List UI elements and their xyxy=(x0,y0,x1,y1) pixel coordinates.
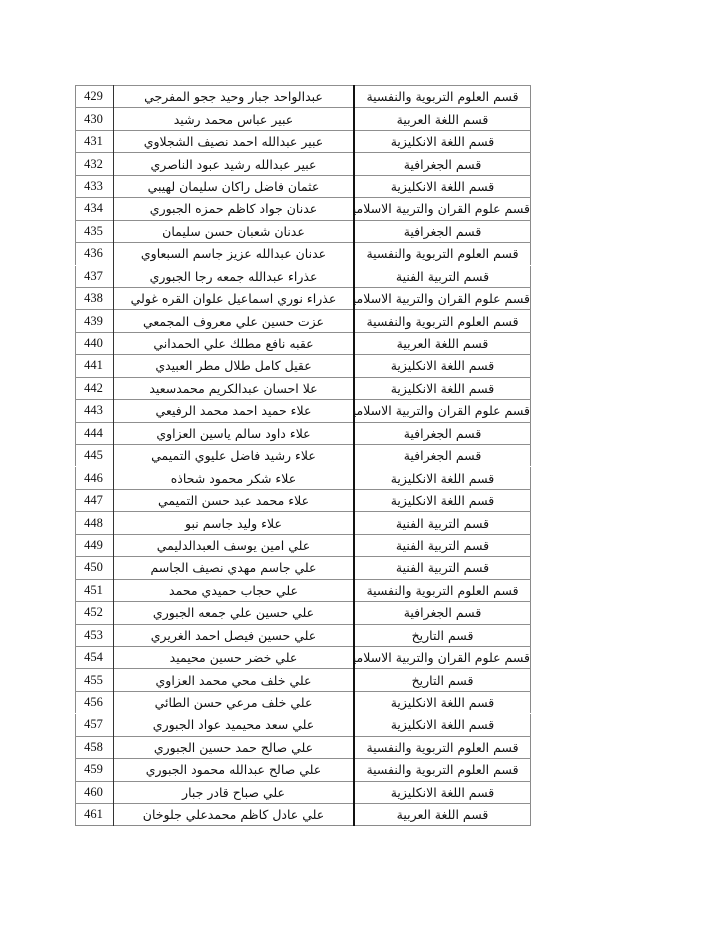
student-name: عذراء نوري اسماعيل علوان القره غولي xyxy=(114,287,355,309)
student-name: علاء رشيد فاضل عليوي التميمي xyxy=(114,445,355,467)
department: قسم العلوم التربوية والنفسية xyxy=(354,86,531,108)
student-name: عدنان جواد كاظم حمزه الجبوري xyxy=(114,198,355,220)
table-row: 460علي صباح قادر جبارقسم اللغة الانكليزي… xyxy=(76,781,531,803)
department: قسم اللغة العربية xyxy=(354,332,531,354)
table-row: 449علي امين يوسف العبدالدليميقسم التربية… xyxy=(76,534,531,556)
row-number: 435 xyxy=(76,220,114,242)
document-page: 429عبدالواحد جبار وحيد ججو المفرجيقسم ال… xyxy=(0,0,720,932)
row-number: 455 xyxy=(76,669,114,691)
table-row: 447علاء محمد عبد حسن التميميقسم اللغة ال… xyxy=(76,489,531,511)
table-row: 434عدنان جواد كاظم حمزه الجبوريقسم علوم … xyxy=(76,198,531,220)
table-row: 450علي جاسم مهدي نصيف الجاسمقسم التربية … xyxy=(76,557,531,579)
department: قسم التربية الفنية xyxy=(354,265,531,287)
department: قسم الجغرافية xyxy=(354,422,531,444)
student-name: علاء وليد جاسم نبو xyxy=(114,512,355,534)
student-roster-table: 429عبدالواحد جبار وحيد ججو المفرجيقسم ال… xyxy=(75,85,531,826)
department: قسم اللغة الانكليزية xyxy=(354,377,531,399)
table-row: 454علي خضر حسين محيميدقسم علوم القران وا… xyxy=(76,646,531,668)
row-number: 442 xyxy=(76,377,114,399)
department: قسم اللغة الانكليزية xyxy=(354,714,531,736)
row-number: 434 xyxy=(76,198,114,220)
table-row: 461علي عادل كاظم محمدعلي جلوخانقسم اللغة… xyxy=(76,804,531,826)
table-row: 442علا احسان عبدالكريم محمدسعيدقسم اللغة… xyxy=(76,377,531,399)
table-row: 437عذراء عبدالله جمعه رجا الجبوريقسم الت… xyxy=(76,265,531,287)
table-row: 453علي حسين فيصل احمد الغريريقسم التاريخ xyxy=(76,624,531,646)
student-name: عقيل كامل طلال مطر العبيدي xyxy=(114,355,355,377)
department: قسم التاريخ xyxy=(354,669,531,691)
table-row: 456علي خلف مرعي حسن الطائيقسم اللغة الان… xyxy=(76,691,531,713)
row-number: 448 xyxy=(76,512,114,534)
table-row: 452علي حسين علي جمعه الجبوريقسم الجغرافي… xyxy=(76,602,531,624)
department: قسم العلوم التربوية والنفسية xyxy=(354,579,531,601)
student-name: علي خلف مرعي حسن الطائي xyxy=(114,691,355,713)
department: قسم علوم القران والتربية الاسلامية xyxy=(354,198,531,220)
student-name: عدنان شعبان حسن سليمان xyxy=(114,220,355,242)
student-name: علي حسين علي جمعه الجبوري xyxy=(114,602,355,624)
row-number: 458 xyxy=(76,736,114,758)
row-number: 439 xyxy=(76,310,114,332)
student-name: علي خلف محي محمد العزاوي xyxy=(114,669,355,691)
table-row: 431عبير عبدالله احمد نصيف الشجلاويقسم ال… xyxy=(76,130,531,152)
row-number: 436 xyxy=(76,243,114,265)
table-row: 439عزت حسين علي معروف المجمعيقسم العلوم … xyxy=(76,310,531,332)
row-number: 449 xyxy=(76,534,114,556)
table-row: 443علاء حميد احمد محمد الرفيعيقسم علوم ا… xyxy=(76,400,531,422)
student-name: علي حجاب حميدي محمد xyxy=(114,579,355,601)
department: قسم اللغة الانكليزية xyxy=(354,355,531,377)
student-name: عزت حسين علي معروف المجمعي xyxy=(114,310,355,332)
table-row: 455علي خلف محي محمد العزاويقسم التاريخ xyxy=(76,669,531,691)
student-name: عبير عبدالله احمد نصيف الشجلاوي xyxy=(114,130,355,152)
student-name: عبدالواحد جبار وحيد ججو المفرجي xyxy=(114,86,355,108)
row-number: 460 xyxy=(76,781,114,803)
student-name: علاء حميد احمد محمد الرفيعي xyxy=(114,400,355,422)
table-row: 430عبير عباس محمد رشيدقسم اللغة العربية xyxy=(76,108,531,130)
row-number: 432 xyxy=(76,153,114,175)
row-number: 438 xyxy=(76,287,114,309)
department: قسم اللغة العربية xyxy=(354,108,531,130)
table-row: 445علاء رشيد فاضل عليوي التميميقسم الجغر… xyxy=(76,445,531,467)
table-row: 459علي صالح عبدالله محمود الجبوريقسم الع… xyxy=(76,759,531,781)
table-row: 448علاء وليد جاسم نبوقسم التربية الفنية xyxy=(76,512,531,534)
student-name: عبير عبدالله رشيد عبود الناصري xyxy=(114,153,355,175)
department: قسم اللغة العربية xyxy=(354,804,531,826)
department: قسم التربية الفنية xyxy=(354,557,531,579)
department: قسم اللغة الانكليزية xyxy=(354,467,531,489)
row-number: 450 xyxy=(76,557,114,579)
table-row: 438عذراء نوري اسماعيل علوان القره غوليقس… xyxy=(76,287,531,309)
row-number: 447 xyxy=(76,489,114,511)
student-name: علي امين يوسف العبدالدليمي xyxy=(114,534,355,556)
table-row: 451علي حجاب حميدي محمدقسم العلوم التربوي… xyxy=(76,579,531,601)
row-number: 433 xyxy=(76,175,114,197)
department: قسم الجغرافية xyxy=(354,445,531,467)
department: قسم اللغة الانكليزية xyxy=(354,175,531,197)
student-name: عدنان عبدالله عزيز جاسم السبعاوي xyxy=(114,243,355,265)
department: قسم العلوم التربوية والنفسية xyxy=(354,759,531,781)
table-row: 435عدنان شعبان حسن سليمانقسم الجغرافية xyxy=(76,220,531,242)
department: قسم الجغرافية xyxy=(354,602,531,624)
student-name: علي صالح حمد حسين الجبوري xyxy=(114,736,355,758)
table-row: 432عبير عبدالله رشيد عبود الناصريقسم الج… xyxy=(76,153,531,175)
student-name: علاء شكر محمود شحاذه xyxy=(114,467,355,489)
table-row: 433عثمان فاضل راكان سليمان لهيبيقسم اللغ… xyxy=(76,175,531,197)
row-number: 440 xyxy=(76,332,114,354)
student-name: علي جاسم مهدي نصيف الجاسم xyxy=(114,557,355,579)
student-name: عبير عباس محمد رشيد xyxy=(114,108,355,130)
row-number: 429 xyxy=(76,86,114,108)
student-name: علي صباح قادر جبار xyxy=(114,781,355,803)
department: قسم اللغة الانكليزية xyxy=(354,781,531,803)
table-row: 440عقبه نافع مطلك علي الحمدانيقسم اللغة … xyxy=(76,332,531,354)
student-name: علاء داود سالم ياسين العزاوي xyxy=(114,422,355,444)
row-number: 459 xyxy=(76,759,114,781)
row-number: 431 xyxy=(76,130,114,152)
row-number: 446 xyxy=(76,467,114,489)
row-number: 443 xyxy=(76,400,114,422)
row-number: 445 xyxy=(76,445,114,467)
table-row: 441عقيل كامل طلال مطر العبيديقسم اللغة ا… xyxy=(76,355,531,377)
department: قسم علوم القران والتربية الاسلامية xyxy=(354,400,531,422)
department: قسم العلوم التربوية والنفسية xyxy=(354,736,531,758)
department: قسم الجغرافية xyxy=(354,220,531,242)
row-number: 430 xyxy=(76,108,114,130)
student-name: علي عادل كاظم محمدعلي جلوخان xyxy=(114,804,355,826)
table-row: 436عدنان عبدالله عزيز جاسم السبعاويقسم ا… xyxy=(76,243,531,265)
student-name: عذراء عبدالله جمعه رجا الجبوري xyxy=(114,265,355,287)
student-name: علا احسان عبدالكريم محمدسعيد xyxy=(114,377,355,399)
student-name: عثمان فاضل راكان سليمان لهيبي xyxy=(114,175,355,197)
department: قسم الجغرافية xyxy=(354,153,531,175)
student-name: علي سعد محيميد عواد الجبوري xyxy=(114,714,355,736)
department: قسم اللغة الانكليزية xyxy=(354,130,531,152)
department: قسم علوم القران والتربية الاسلامية xyxy=(354,646,531,668)
department: قسم التربية الفنية xyxy=(354,534,531,556)
student-name: عقبه نافع مطلك علي الحمداني xyxy=(114,332,355,354)
department: قسم اللغة الانكليزية xyxy=(354,489,531,511)
row-number: 451 xyxy=(76,579,114,601)
row-number: 444 xyxy=(76,422,114,444)
student-name: علاء محمد عبد حسن التميمي xyxy=(114,489,355,511)
student-name: علي حسين فيصل احمد الغريري xyxy=(114,624,355,646)
row-number: 441 xyxy=(76,355,114,377)
row-number: 454 xyxy=(76,646,114,668)
department: قسم علوم القران والتربية الاسلامية xyxy=(354,287,531,309)
row-number: 456 xyxy=(76,691,114,713)
department: قسم اللغة الانكليزية xyxy=(354,691,531,713)
row-number: 437 xyxy=(76,265,114,287)
table-row: 457علي سعد محيميد عواد الجبوريقسم اللغة … xyxy=(76,714,531,736)
student-name: علي صالح عبدالله محمود الجبوري xyxy=(114,759,355,781)
row-number: 452 xyxy=(76,602,114,624)
department: قسم التربية الفنية xyxy=(354,512,531,534)
row-number: 453 xyxy=(76,624,114,646)
table-row: 429عبدالواحد جبار وحيد ججو المفرجيقسم ال… xyxy=(76,86,531,108)
department: قسم العلوم التربوية والنفسية xyxy=(354,310,531,332)
table-row: 446علاء شكر محمود شحاذهقسم اللغة الانكلي… xyxy=(76,467,531,489)
department: قسم العلوم التربوية والنفسية xyxy=(354,243,531,265)
department: قسم التاريخ xyxy=(354,624,531,646)
student-name: علي خضر حسين محيميد xyxy=(114,646,355,668)
row-number: 457 xyxy=(76,714,114,736)
table-row: 458علي صالح حمد حسين الجبوريقسم العلوم ا… xyxy=(76,736,531,758)
row-number: 461 xyxy=(76,804,114,826)
table-row: 444علاء داود سالم ياسين العزاويقسم الجغر… xyxy=(76,422,531,444)
